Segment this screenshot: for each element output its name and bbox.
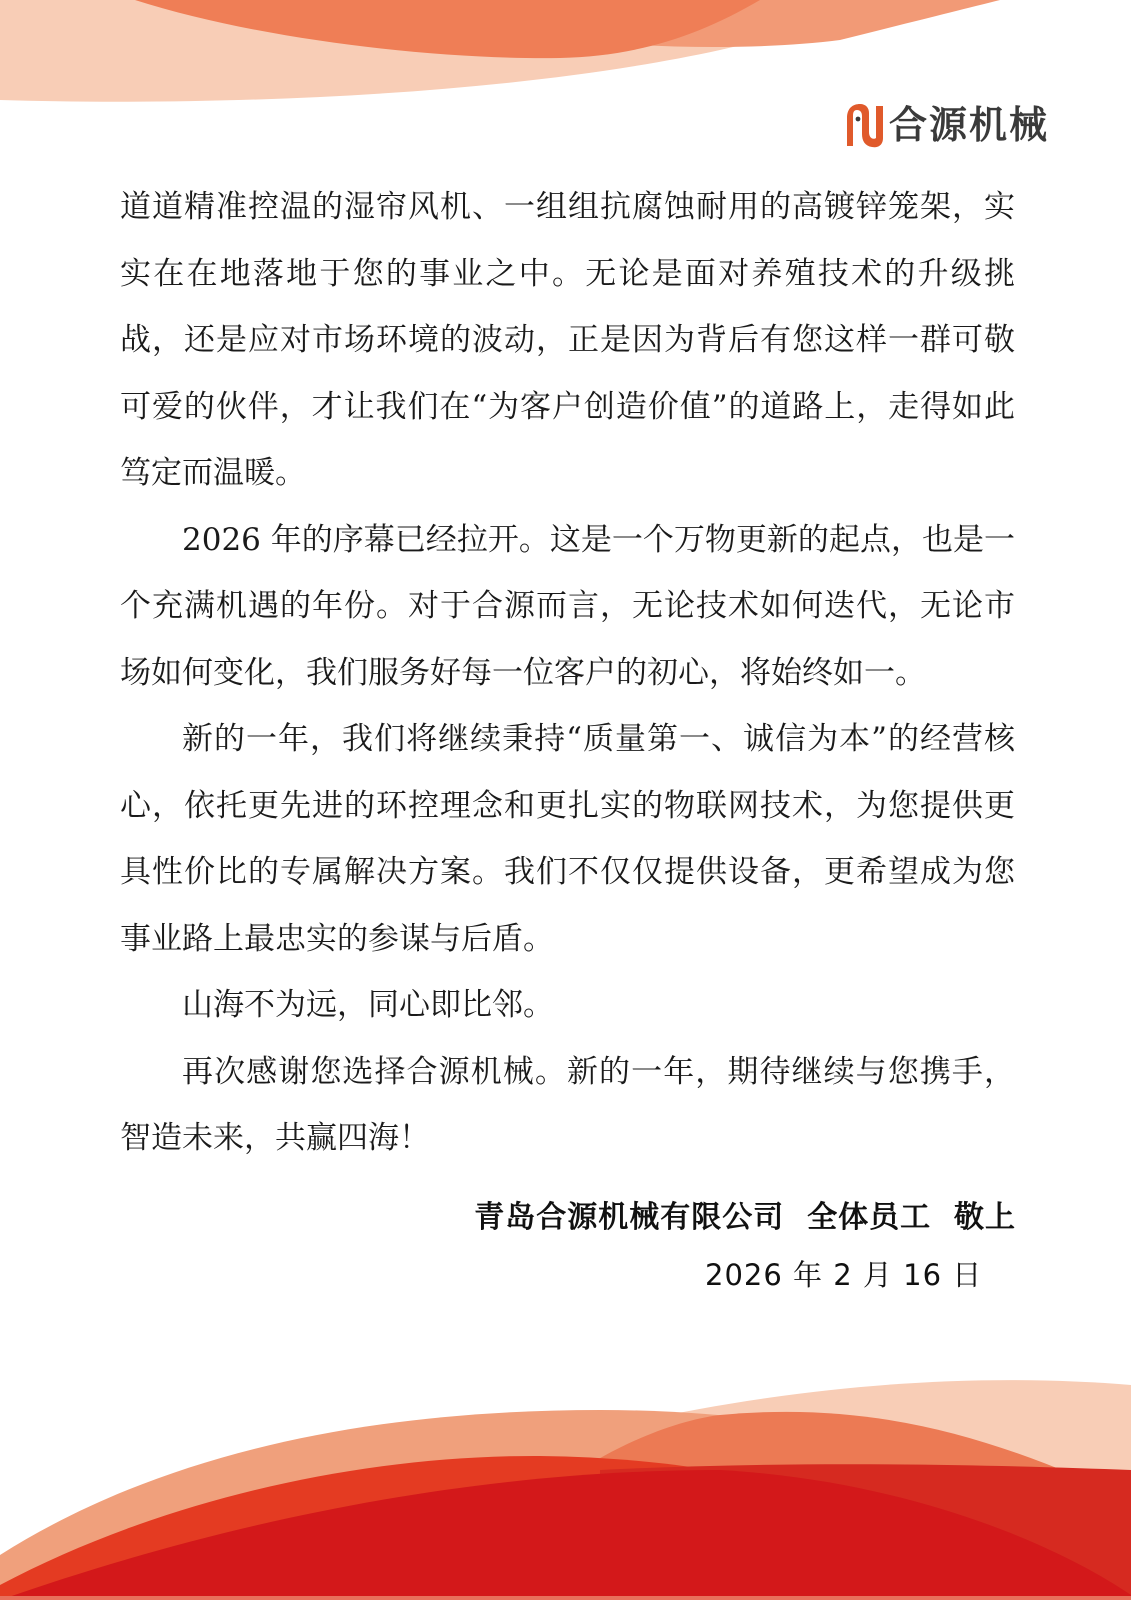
paragraph-1: 道道精准控温的湿帘风机、一组组抗腐蚀耐用的高镀锌笼架，实实在在地落地于您的事业之… [120,174,1015,507]
paragraph-5: 再次感谢您选择合源机械。新的一年，期待继续与您携手，智造未来，共赢四海！ [120,1039,1015,1172]
logo-text: 合源机械 [889,106,1049,144]
paragraph-3: 新的一年，我们将继续秉持“质量第一、诚信为本”的经营核心，依托更先进的环控理念和… [120,706,1015,972]
bottom-wave-decoration [0,1330,1131,1600]
company-logo: 合源机械 [843,100,1049,150]
letter-page: 合源机械 道道精准控温的湿帘风机、一组组抗腐蚀耐用的高镀锌笼架，实实在在地落地于… [0,0,1131,1600]
letter-date: 2026 年 2 月 16 日 [705,1253,982,1294]
paragraph-2: 2026 年的序幕已经拉开。这是一个万物更新的起点，也是一个充满机遇的年份。对于… [120,507,1015,707]
elephant-hy-logo-icon [843,102,885,148]
top-wave-decoration [0,0,1131,110]
paragraph-4: 山海不为远，同心即比邻。 [120,972,1015,1039]
letter-body: 道道精准控温的湿帘风机、一组组抗腐蚀耐用的高镀锌笼架，实实在在地落地于您的事业之… [120,174,1015,1172]
signature: 青岛合源机械有限公司 全体员工 敬上 [474,1192,1016,1236]
